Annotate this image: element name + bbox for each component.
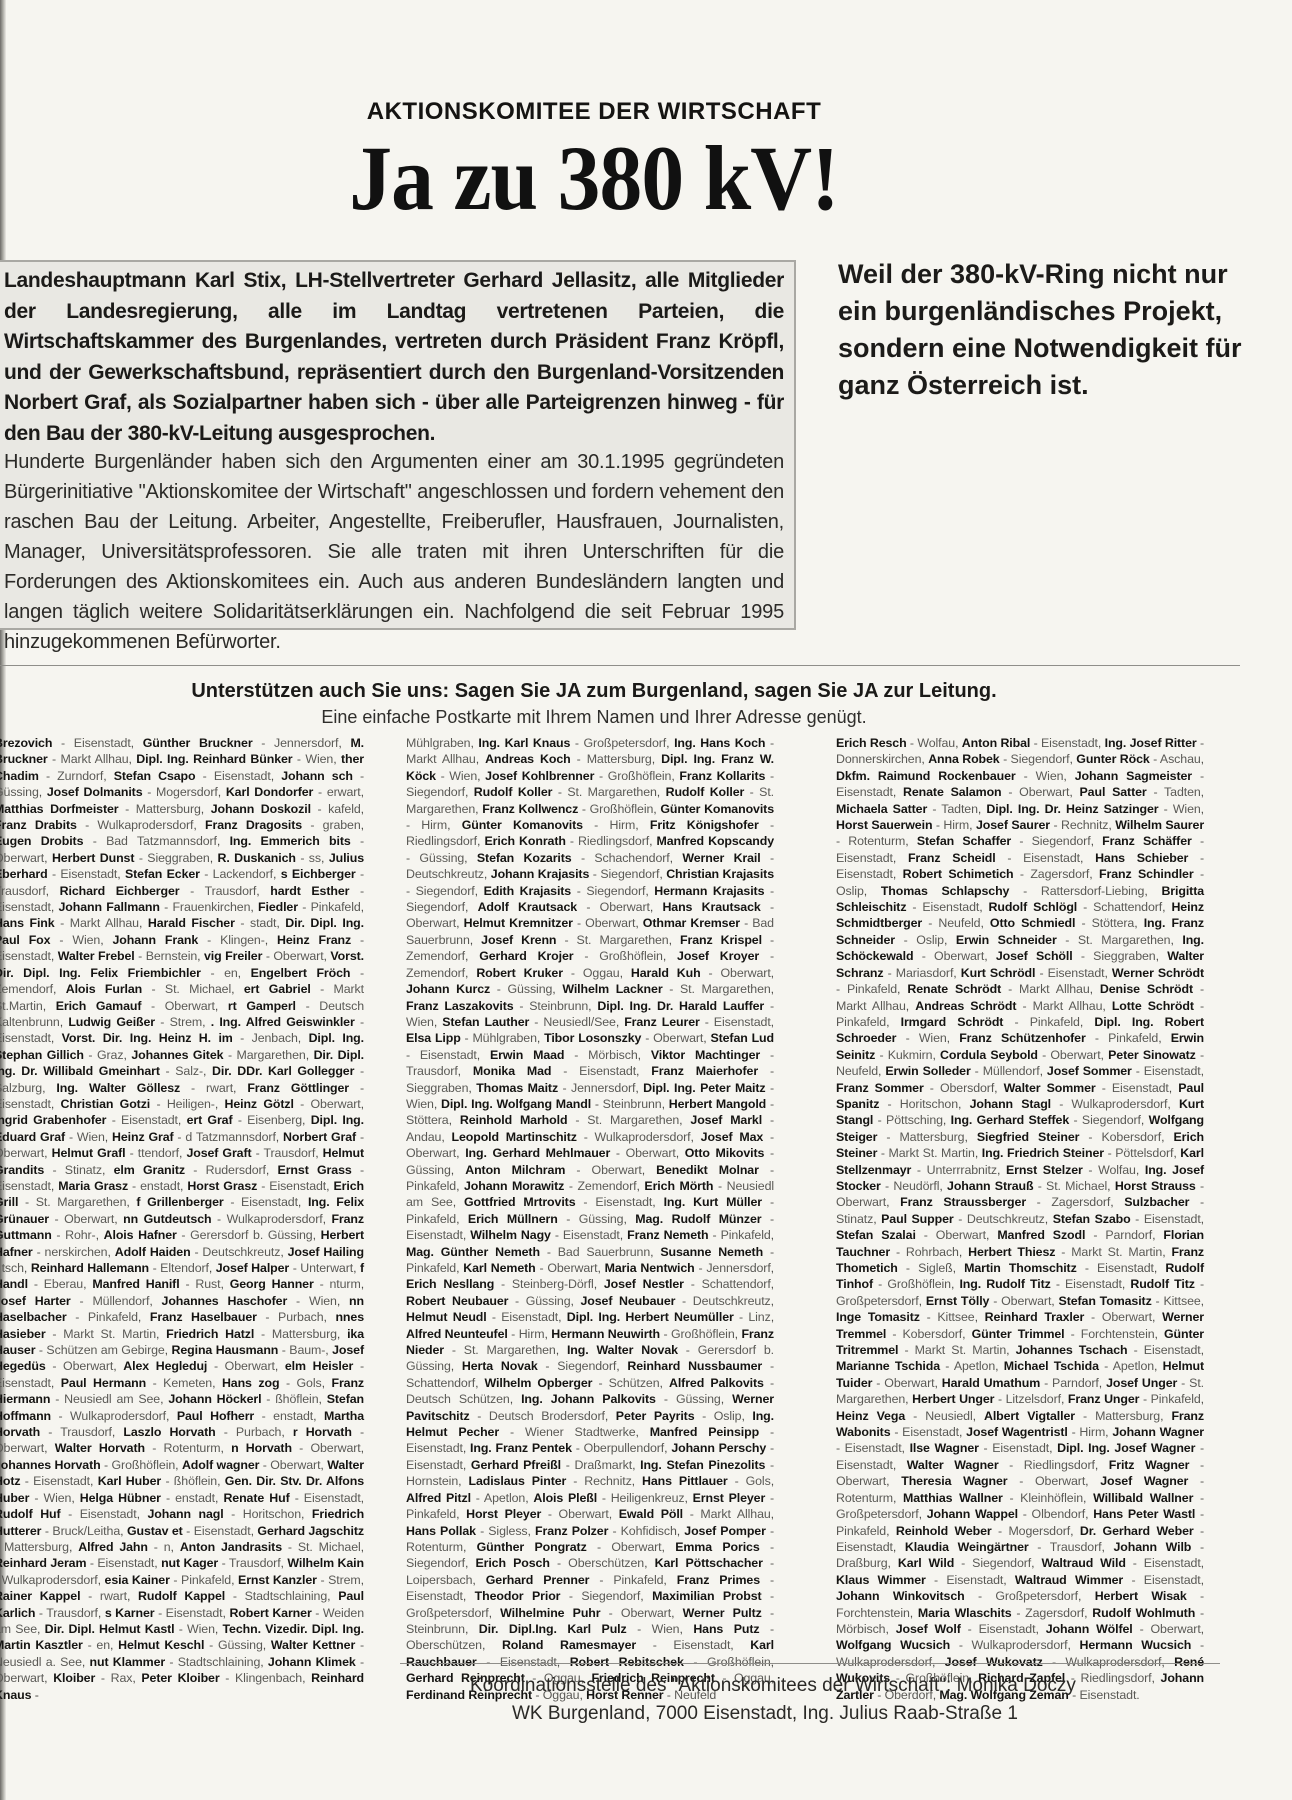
supporter-location: - Gols xyxy=(728,1474,771,1488)
supporter-name: Helga Hübner xyxy=(80,1491,161,1505)
supporter-location: - Kleinhöflein xyxy=(1003,1491,1083,1505)
supporter-location: - Sigless xyxy=(476,1524,528,1538)
supporter-location: - Wien xyxy=(627,1622,680,1636)
supporter-name: Ludwig Geißer xyxy=(68,1015,155,1029)
supporter-location: - Eisenstadt xyxy=(196,769,271,783)
supporter-location: - St. Michael xyxy=(1033,1179,1107,1193)
supporter-location: - Kittsee xyxy=(920,1310,975,1324)
supporter-name: Hermann Wucsich xyxy=(1080,1638,1192,1652)
supporter-name: Wilhelmine Puhr xyxy=(500,1606,600,1620)
supporter-name: Erich Gamauf xyxy=(56,999,142,1013)
supporter-location: - Pinkafeld xyxy=(298,900,361,914)
supporter-name: Josef Kroyer xyxy=(677,949,759,963)
supporter-name: Johann Sagmeister xyxy=(1075,769,1192,783)
supporter-name: Albert Vigtaller xyxy=(984,1409,1075,1423)
supporter-name: Johann Höckerl xyxy=(168,1392,261,1406)
supporter-location: - Steinbrunn xyxy=(591,1097,662,1111)
supporter-name: Manfred Kopscandy xyxy=(657,834,774,848)
supporter-name: Günter Komanovits xyxy=(660,802,774,816)
supporter-location: - Großhöflein xyxy=(873,1277,951,1291)
supporters-column-1: Brezovich - Eisenstadt, Günther Bruckner… xyxy=(0,735,364,1703)
supporter-name: Johannes Haschofer xyxy=(162,1294,288,1308)
supporter-location: - kafeld xyxy=(311,802,361,816)
supporter-name: Franz Dragosits xyxy=(205,818,302,832)
supporter-name: Hans zog xyxy=(222,1376,279,1390)
supporter-location: - Zemendorf xyxy=(564,1179,636,1193)
supporter-name: Heinz Franz xyxy=(277,933,351,947)
supporter-name: Josef Hailing xyxy=(288,1245,364,1259)
supporter-location: - Rotenturm xyxy=(836,834,905,848)
supporter-location: - Markt Allhau xyxy=(1001,982,1090,996)
supporter-name: Walter Horvath xyxy=(55,1441,145,1455)
supporter-name: Inge Tomasitz xyxy=(836,1310,920,1324)
supporter-location: - Mogersdorf xyxy=(143,785,218,799)
supporter-name: Peter Kloiber xyxy=(141,1671,219,1685)
supporter-name: Josef Wukovatz xyxy=(945,1655,1043,1669)
supporter-location: - Eisenstadt xyxy=(290,1491,361,1505)
supporter-name: Stefan Kozarits xyxy=(477,851,572,865)
supporter-location: - Eisenstadt xyxy=(1035,966,1104,980)
supporter-name: Gunter Röck xyxy=(1076,752,1149,766)
supporter-location: - Eisenstadt xyxy=(1123,1573,1201,1587)
supporter-name: Josef Pomper xyxy=(684,1524,766,1538)
supporter-location: - Frauenkirchen xyxy=(160,900,251,914)
supporter-location: - Eisenstadt xyxy=(906,900,979,914)
supporter-location: - Hirm xyxy=(1068,1425,1105,1439)
supporter-name: Josef Wagner xyxy=(1100,1474,1188,1488)
supporter-location: - Sieggraben xyxy=(134,851,209,865)
supporter-location: - Wien xyxy=(50,933,100,947)
supporter-name: Kloiber xyxy=(53,1671,95,1685)
supporter-name: Johann Wappel xyxy=(927,1507,1018,1521)
supporter-location: - Wien xyxy=(1159,802,1201,816)
supporter-location: - Wulkaprodersdorf xyxy=(577,1130,691,1144)
supporter-location: - ßhöflein xyxy=(261,1392,318,1406)
supporter-location: - Zagersdorf xyxy=(1013,867,1089,881)
supporter-location: - Mariasdorf xyxy=(884,966,954,980)
supporter-location: - Oberwart xyxy=(1002,785,1070,799)
supporter-name: Waltraud Wild xyxy=(1041,1556,1125,1570)
supporter-name: Franz Schützenhofer xyxy=(959,1031,1086,1045)
supporter-name: Maria Wlaschits xyxy=(918,1606,1012,1620)
supporter-name: Franz Kollarits xyxy=(679,769,765,783)
supporter-name: Johann Wilb xyxy=(1113,1540,1191,1554)
supporter-name: Christian Krajasits xyxy=(666,867,774,881)
supporter-location: - Großhöflein xyxy=(101,1458,176,1472)
cta-headline: Unterstützen auch Sie uns: Sagen Sie JA … xyxy=(0,680,1240,703)
supporter-location: - Pinkafeld xyxy=(589,1573,663,1587)
supporter-location: - Trausdorf xyxy=(218,1556,280,1570)
supporter-name: Karl Dondorfer xyxy=(226,785,313,799)
supporter-name: Dipl. Ing. Peter Maitz xyxy=(643,1081,765,1095)
supporter-name: Reinhold Weber xyxy=(896,1524,992,1538)
supporter-location: - Eisenstadt xyxy=(961,1622,1036,1636)
supporter-location: - Siegendorf xyxy=(560,1589,640,1603)
supporter-name: Johann nagl xyxy=(148,1507,224,1521)
supporter-name: Kurt Schrödl xyxy=(961,966,1036,980)
supporter-location: - Pinkafeld xyxy=(1139,1392,1200,1406)
supporter-name: Richard Eichberger xyxy=(60,884,180,898)
supporter-location: - Rax xyxy=(95,1671,132,1685)
supporter-location: - Eisenstadt xyxy=(1077,1261,1154,1275)
supporter-location: - Eisenstadt xyxy=(836,1441,902,1455)
supporter-location: - Großhöflein xyxy=(578,802,653,816)
supporter-name: Franz Göttlinger xyxy=(247,1081,349,1095)
supporter-name: Robert Rebitschek xyxy=(570,1655,684,1669)
supporter-location: - Eisenstadt xyxy=(551,1228,620,1242)
supporter-location: - St. Michael xyxy=(282,1540,361,1554)
supporter-location: - Mattersburg xyxy=(254,1327,337,1341)
supporter-location: - Neufeld xyxy=(922,916,980,930)
supporter-location: - Eisenstadt xyxy=(477,1655,557,1669)
supporter-name: Franz Schindler xyxy=(1099,867,1194,881)
supporter-name: Harald Umathum xyxy=(942,1376,1040,1390)
supporter-name: Alfred Palkovits xyxy=(669,1376,764,1390)
supporter-location: - Schattendorf xyxy=(1077,900,1162,914)
supporter-name: Ing. Hans Koch xyxy=(674,736,765,750)
supporter-location: - Olbendorf xyxy=(1018,1507,1085,1521)
supporter-name: Hermann Neuwirth xyxy=(551,1327,660,1341)
supporter-location: - Wien xyxy=(29,1491,71,1505)
supporter-name: Horst Strauss xyxy=(1115,1179,1196,1193)
supporter-location: - Kemeten xyxy=(146,1376,212,1390)
supporter-name: Rudolf Koller xyxy=(666,785,745,799)
supporter-location: - Markt Allhau xyxy=(55,916,139,930)
supporter-location: - Sieggraben xyxy=(1073,949,1156,963)
supporter-location: - Eisenstadt xyxy=(406,1048,477,1062)
supporter-name: Paul Hofherr xyxy=(177,1409,254,1423)
supporter-name: Reinhard Traxler xyxy=(985,1310,1085,1324)
supporter-location: - Stadtschlaining xyxy=(225,1589,327,1603)
supporter-name: Stefan Csapo xyxy=(114,769,196,783)
supporter-location: - Pinkafeld xyxy=(836,982,897,996)
supporter-location: - Eisenstadt xyxy=(551,1064,636,1078)
supporter-name: Ernst Tölly xyxy=(926,1294,989,1308)
supporter-location: - Wien xyxy=(175,1622,215,1636)
supporter-location: - Kittsee xyxy=(1152,1294,1201,1308)
supporter-location: - Rust xyxy=(180,1277,221,1291)
supporter-location: - Aschau xyxy=(1150,752,1201,766)
supporter-location: - Pinkafeld xyxy=(709,1228,771,1242)
supporter-location: - Trausdorf xyxy=(179,884,256,898)
supporter-name: Siegfried Steiner xyxy=(977,1130,1079,1144)
supporter-name: Ernst Stelzer xyxy=(1006,1163,1083,1177)
supporter-name: Elsa Lipp xyxy=(406,1031,461,1045)
supporter-location: - Eisenstadt xyxy=(575,1195,652,1209)
supporter-location: - Oslip xyxy=(895,933,944,947)
supporter-location: - enstadt xyxy=(161,1491,215,1505)
supporter-location: - graben xyxy=(302,818,361,832)
supporter-name: Johann Wölfel xyxy=(1046,1622,1133,1636)
supporter-name: Otto Mikovits xyxy=(685,1146,765,1160)
supporter-location: - Mattersburg xyxy=(571,752,652,766)
supporter-name: Rainer Kappel xyxy=(0,1589,80,1603)
supporter-location: - Kobersdorf xyxy=(1079,1130,1161,1144)
supporter-name: Ing. Walter Göllesz xyxy=(56,1081,180,1095)
supporter-name: Andreas Schrödt xyxy=(915,999,1016,1013)
supporter-name: Sulzbacher xyxy=(1124,1195,1189,1209)
supporter-location: - Zagersdorf xyxy=(1026,1195,1110,1209)
supporter-location: - Stadtschlaining xyxy=(165,1655,260,1669)
supporter-location: - Siegendorf xyxy=(538,1359,617,1373)
supporter-name: Johann sch xyxy=(281,769,353,783)
supporter-location: - Mattersburg xyxy=(119,802,201,816)
supporter-name: Heinz Götzl xyxy=(224,1097,293,1111)
supporter-name: Dir. Dipl. Helmut Kastl xyxy=(45,1622,175,1636)
supporter-location: - Rohr- xyxy=(52,1228,96,1242)
supporter-name: Walter Kettner xyxy=(271,1638,355,1652)
supporter-name: Fritz Königshofer xyxy=(650,818,759,832)
supporter-name: Horst Pleyer xyxy=(466,1507,541,1521)
supporter-name: Reinhard Nussbaumer xyxy=(627,1359,762,1373)
supporter-location: - Güssing xyxy=(558,1212,624,1226)
supporter-name: Dir. DDr. Karl Gollegger xyxy=(212,1064,354,1078)
supporter-location: - Eisenstadt xyxy=(61,1507,137,1521)
supporter-name: Erich Posch xyxy=(475,1556,549,1570)
supporter-location: - Wien xyxy=(65,1130,105,1144)
supporter-location: - Neusiedl/See xyxy=(529,1015,616,1029)
supporter-location: - Oberpullendorf xyxy=(572,1441,664,1455)
supporter-location: - Eisenstadt xyxy=(52,736,130,750)
supporter-location: - Siegendorf xyxy=(1069,1113,1141,1127)
supporter-name: Josef Unger xyxy=(1106,1376,1177,1390)
supporter-location: - Apetlon xyxy=(1099,1359,1154,1373)
divider xyxy=(400,1663,1220,1664)
supporter-name: Erwin Schneider xyxy=(956,933,1057,947)
supporter-location: - Pöttsching xyxy=(873,1113,943,1127)
supporter-name: Waltraud Wimmer xyxy=(1015,1573,1123,1587)
supporter-name: Josef Dolmanits xyxy=(47,785,143,799)
supporter-name: Rudolf Wohlmuth xyxy=(1092,1606,1195,1620)
supporter-name: Franz Polzer xyxy=(535,1524,608,1538)
supporter-name: Ewald Pöll xyxy=(619,1507,683,1521)
supporter-name: Leopold Martinschitz xyxy=(452,1130,577,1144)
supporter-name: Michael Tschida xyxy=(1004,1359,1099,1373)
supporter-location: - Unterrrabnitz xyxy=(911,1163,997,1177)
supporter-location: - Trausdorf xyxy=(35,1606,98,1620)
supporter-location: - Purbach xyxy=(257,1310,324,1324)
supporter-name: Josef Krenn xyxy=(481,933,556,947)
supporter-location: - Salz- xyxy=(160,1064,203,1078)
supporter-location: - Pinkafeld xyxy=(67,1310,138,1324)
supporter-location: - Mattersburg xyxy=(1075,1409,1160,1423)
supporter-name: Irmgard Schrödt xyxy=(901,1015,1004,1029)
supporter-name: Wilhelm Opberger xyxy=(485,1376,593,1390)
supporter-name: Johann Frank xyxy=(113,933,199,947)
supporter-location: - Oberwart xyxy=(292,1441,361,1455)
supporter-name: Maria Nentwich xyxy=(605,1261,695,1275)
supporter-name: Werner Pultz xyxy=(683,1606,762,1620)
supporter-name: Matthias Wallner xyxy=(903,1491,1003,1505)
supporter-name: r Horvath xyxy=(293,1425,352,1439)
supporter-location: - Wulkaprodersdorf xyxy=(1043,1655,1162,1669)
supporter-location: - Graz xyxy=(84,1048,124,1062)
divider xyxy=(0,665,1240,666)
supporter-name: Hans Schieber xyxy=(1095,851,1188,865)
supporter-name: Wilhelm Saurer xyxy=(1115,818,1204,832)
supporter-location: - Neudörfl xyxy=(881,1179,940,1193)
supporter-location: - Bernstein xyxy=(135,949,198,963)
supporter-name: Hans Pittlauer xyxy=(642,1474,728,1488)
supporter-name: Anton Milchram xyxy=(465,1163,565,1177)
supporter-location: - Oberwart xyxy=(1038,1048,1101,1062)
supporter-name: Martin Thomschitz xyxy=(964,1261,1077,1275)
supporter-name: Otto Schmiedl xyxy=(990,916,1075,930)
supporter-name: Johann Winkovitsch xyxy=(836,1589,965,1603)
supporter-location: - Lackendorf xyxy=(200,867,273,881)
supporter-location: - Riedlingsdorf xyxy=(999,1458,1095,1472)
supporter-location: - Wulkaprodersdorf xyxy=(950,1638,1067,1652)
supporter-name: Herbert Thiesz xyxy=(968,1245,1055,1259)
supporter-name: Franz Leurer xyxy=(624,1015,700,1029)
supporter-name: Lotte Schrödt xyxy=(1112,999,1194,1013)
supporter-location: - Eisenstadt xyxy=(86,1556,154,1570)
supporter-name: Robert Karner xyxy=(229,1606,311,1620)
supporter-location: - Eisenberg xyxy=(233,1113,303,1127)
supporter-location: - Kohfidisch xyxy=(608,1524,676,1538)
supporter-name: Gottfried Mrtrovits xyxy=(464,1195,575,1209)
supporter-name: n Horvath xyxy=(231,1441,292,1455)
supporter-location: - Pinkafeld xyxy=(1003,1015,1079,1029)
supporter-location: - Gerersdorf b. Güssing xyxy=(177,1228,313,1242)
supporter-location: - Zurndorf xyxy=(39,769,103,783)
supporter-name: Rudolf Schlögl xyxy=(989,900,1078,914)
supporters-column-2: Mühlgraben, Ing. Karl Knaus - Großpeters… xyxy=(406,735,774,1703)
supporter-location: - St. Margarethen xyxy=(1057,933,1171,947)
supporter-name: Alfred Jahn xyxy=(78,1540,148,1554)
supporter-name: Dipl. Ing. Dr. Harald Lauffer xyxy=(597,999,764,1013)
supporter-location: - Eisenstadt xyxy=(979,1441,1049,1455)
supporter-name: Stefan Szabo xyxy=(1053,1212,1131,1226)
supporter-name: Josef Saurer xyxy=(976,818,1050,832)
supporter-name: Josef Halper xyxy=(216,1261,289,1275)
supporter-location: - Obersdorf xyxy=(924,1081,995,1095)
supporter-location: - Gols xyxy=(279,1376,321,1390)
supporter-location: - Oberwart xyxy=(701,966,771,980)
supporter-location: - Eisenstadt xyxy=(155,1606,223,1620)
supporter-location: - Güssing xyxy=(656,1392,721,1406)
supporter-location: - Trausdorf xyxy=(252,1146,316,1160)
page-title: Ja zu 380 kV! xyxy=(0,128,1195,228)
supporter-location: - Großhöflein xyxy=(660,1327,735,1341)
supporter-location: Mühlgraben xyxy=(406,736,470,750)
supporter-location: - Oberwart xyxy=(46,1359,114,1373)
supporter-name: Josef Nestler xyxy=(604,1277,684,1291)
supporter-location: - Oberwart xyxy=(207,1359,275,1373)
supporter-name: Helmut Keschl xyxy=(118,1638,204,1652)
supporter-name: Ing. Johann Palkovits xyxy=(521,1392,656,1406)
supporter-name: Hans Pollak xyxy=(406,1524,476,1538)
supporter-location: - Eisenstadt xyxy=(106,1113,178,1127)
supporter-location: - Eisenstadt xyxy=(1131,1212,1201,1226)
supporter-location: - Heiligen- xyxy=(150,1097,215,1111)
supporter-name: Josef Kohlbrenner xyxy=(485,769,594,783)
supporter-location: - Steinberg-Dörfl xyxy=(494,1277,594,1291)
supporter-location: - Eisenstadt xyxy=(183,1524,251,1538)
supporter-location: - Siegendorf xyxy=(589,867,659,881)
supporter-name: Manfred Hanifl xyxy=(92,1277,179,1291)
supporter-name: Erwin Maad xyxy=(490,1048,564,1062)
supporter-name: Erich Müllnern xyxy=(468,1212,558,1226)
supporter-name: Helmut Neudl xyxy=(406,1310,487,1324)
supporter-name: Dir. Dipl.Ing. Karl Pulz xyxy=(479,1622,627,1636)
supporter-name: Mag. Günther Nemeth xyxy=(406,1245,540,1259)
supporter-name: Emma Porics xyxy=(675,1540,759,1554)
supporter-location: - ss xyxy=(296,851,321,865)
supporter-name: Werner Schrödt xyxy=(1112,966,1204,980)
supporter-location: - Siegendorf xyxy=(571,884,645,898)
supporter-name: Johann Stagl xyxy=(970,1097,1051,1111)
supporter-location: - Wulkaprodersdorf xyxy=(51,1409,166,1423)
supporter-location: - Oberwart xyxy=(49,1212,114,1226)
supporter-name: Christian Gotzi xyxy=(61,1097,151,1111)
supporter-location: - Eisenstadt xyxy=(487,1310,559,1324)
supporter-name: Johann Doskozil xyxy=(211,802,311,816)
supporter-name: Gerhard Prenner xyxy=(486,1573,590,1587)
supporter-name: Harald Kuh xyxy=(631,966,701,980)
supporter-name: Peter Payrits xyxy=(616,1409,695,1423)
supporter-location: - Wien xyxy=(896,1031,946,1045)
supporter-location: - Rechnitz xyxy=(1050,818,1108,832)
supporter-location: - Markt Allhau xyxy=(683,1507,771,1521)
supporter-location: - Kukmirn xyxy=(875,1048,932,1062)
supporter-location: - Rattersdorf-Liebing xyxy=(1009,884,1144,898)
supporter-name: Ernst Kanzler xyxy=(238,1573,317,1587)
supporter-name: Marianne Tschida xyxy=(836,1359,940,1373)
supporter-name: Johannes Horvath xyxy=(0,1458,101,1472)
supporter-name: Hans Putz xyxy=(693,1622,759,1636)
supporter-location: - rwart xyxy=(80,1589,127,1603)
supporter-location: - Klingenbach xyxy=(220,1671,303,1685)
supporter-name: Johann Morawitz xyxy=(464,1179,564,1193)
supporter-location: - Eberau xyxy=(28,1277,83,1291)
supporter-location: - Wulkaprodersdorf xyxy=(0,1573,98,1587)
supporter-location: - Mörbisch xyxy=(564,1048,637,1062)
supporter-name: Thomas Maitz xyxy=(476,1081,558,1095)
supporter-location: - Großpetersdorf xyxy=(965,1589,1078,1603)
supporter-name: Franz Drabits xyxy=(0,818,77,832)
supporter-location: - Hirm xyxy=(932,818,969,832)
supporter-location: - Oberwart xyxy=(262,949,323,963)
supporter-location: - Bad Tatzmannsdorf xyxy=(83,834,217,848)
supporter-name: Benedikt Molnar xyxy=(656,1163,759,1177)
supporter-location: - Eisenstadt xyxy=(1126,1556,1201,1570)
supporter-name: Tibor Losonszky xyxy=(544,1031,641,1045)
supporter-location: - Siegendorf xyxy=(406,884,475,898)
supporter-name: Günter Trimmel xyxy=(972,1327,1065,1341)
supporter-location: - Eisenstadt xyxy=(1132,1064,1201,1078)
supporter-name: Josef Wolf xyxy=(896,1622,961,1636)
supporter-location: - Unterwart xyxy=(289,1261,353,1275)
supporter-location: - Neusiedl am See xyxy=(50,1392,160,1406)
supporter-location: - Pinkafeld xyxy=(170,1573,231,1587)
supporter-location: - Jennersdorf xyxy=(695,1261,771,1275)
supporter-location: - Eltendorf xyxy=(149,1261,209,1275)
supporter-location: - Wolfau xyxy=(907,736,956,750)
supporter-location: - Oberwart xyxy=(872,1376,934,1390)
supporter-name: Wilhelm Lackner xyxy=(562,982,662,996)
supporter-name: Josef Max xyxy=(701,1130,763,1144)
supporter-name: Franz Nemeth xyxy=(627,1228,708,1242)
supporter-name: nut Klammer xyxy=(90,1655,166,1669)
supporter-name: Vorst. Dir. Ing. Heinz H. im xyxy=(62,1031,233,1045)
supporter-name: Ing. Karl Knaus xyxy=(478,736,570,750)
supporter-location: - Forchtenstein xyxy=(1065,1327,1155,1341)
supporter-location: - Wien xyxy=(436,769,477,783)
supporter-location: - Oberwart xyxy=(610,1146,676,1160)
supporter-name: Ernst Grass xyxy=(278,1163,352,1177)
supporter-name: . Ing. Alfred Geiswinkler xyxy=(211,1015,355,1029)
